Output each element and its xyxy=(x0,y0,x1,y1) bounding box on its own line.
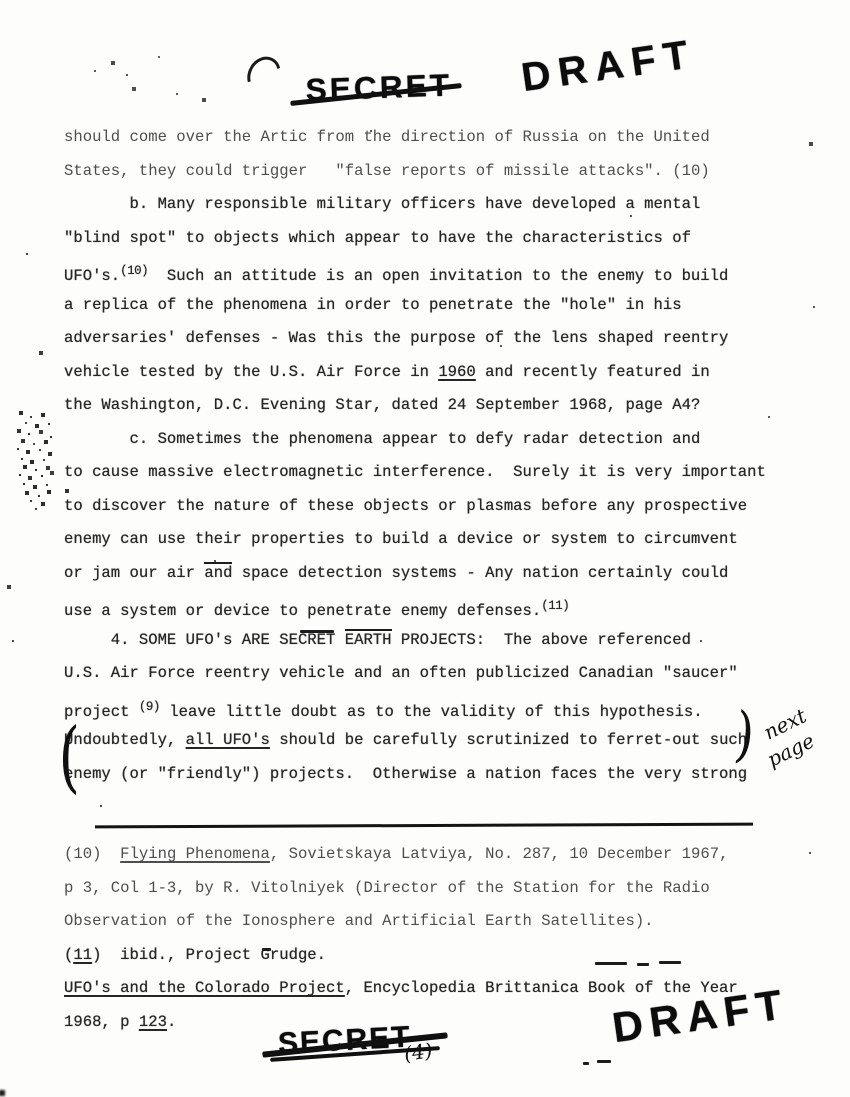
typed-segment: a replica of the phenomena in order to p… xyxy=(64,296,682,314)
typed-line: (11) ibid., Project Grudge. xyxy=(64,939,738,973)
typed-segment: b. Many responsible military officers ha… xyxy=(64,195,700,213)
typed-segment: Undoubtedly, xyxy=(64,731,186,749)
typed-segment: or jam our air xyxy=(64,564,204,582)
typed-segment: to cause massive electromagnetic interfe… xyxy=(64,463,766,481)
typed-segment: enemy (or "friendly") projects. Otherwis… xyxy=(64,765,747,783)
typed-segment: 4. SOME UFO's ARE SECRET xyxy=(64,631,345,649)
typed-line: should come over the Artic from the dire… xyxy=(64,121,766,155)
typed-segment: (10) xyxy=(64,845,120,863)
typed-line: U.S. Air Force reentry vehicle and an of… xyxy=(64,657,766,691)
typed-segment: 11 xyxy=(73,946,92,964)
scan-speckles xyxy=(0,0,2,2)
typed-line: p 3, Col 1-3, by R. Vitolniyek (Director… xyxy=(64,872,738,906)
typed-segment: 1968, p xyxy=(64,1013,139,1031)
typed-line: project (9) leave little doubt as to the… xyxy=(64,691,766,725)
typed-line: UFO's.(10) Such an attitude is an open i… xyxy=(64,255,766,289)
typed-line: Undoubtedly, all UFO's should be careful… xyxy=(64,724,766,758)
typed-segment: and xyxy=(204,562,232,582)
typed-segment: vehicle tested by the U.S. Air Force in xyxy=(64,363,438,381)
typed-segment: PROJECTS: The above referenced xyxy=(392,631,691,649)
typed-segment: enemy can use their properties to build … xyxy=(64,530,738,548)
typed-line: to discover the nature of these objects … xyxy=(64,490,766,524)
typed-line: the Washington, D.C. Evening Star, dated… xyxy=(64,389,766,423)
draft-stamp-top: DRAFT xyxy=(519,32,699,101)
typed-segment: ( xyxy=(64,946,73,964)
footnote-rule xyxy=(95,823,753,829)
typed-segment: to discover the nature of these objects … xyxy=(64,497,747,515)
typed-line: adversaries' defenses - Was this the pur… xyxy=(64,322,766,356)
typed-line: a replica of the phenomena in order to p… xyxy=(64,289,766,323)
typed-segment: Flying Phenomena xyxy=(120,845,270,863)
typed-segment: (9) xyxy=(139,700,160,714)
document-page: SECRET DRAFT should come over the Artic … xyxy=(0,0,850,1097)
handwritten-page-number: (4) xyxy=(402,1038,433,1066)
typed-segment: "blind spot" to objects which appear to … xyxy=(64,229,691,247)
typed-line: b. Many responsible military officers ha… xyxy=(64,188,766,222)
typed-segment: (10) xyxy=(120,264,148,278)
body-text-block: should come over the Artic from the dire… xyxy=(64,121,766,791)
typed-segment: 123 xyxy=(139,1013,167,1031)
typed-segment: use a system or device to penetrate enem… xyxy=(64,602,541,620)
typed-line: or jam our air and space detection syste… xyxy=(64,557,766,591)
typed-segment: UFO's and the Colorado Project xyxy=(64,979,345,997)
typed-segment: the Washington, D.C. Evening Star, dated… xyxy=(64,396,700,414)
typed-segment: 1960 xyxy=(438,363,475,381)
typed-segment: should be carefully scrutinized to ferre… xyxy=(270,731,747,749)
typed-segment: p 3, Col 1-3, by R. Vitolniyek (Director… xyxy=(64,879,710,897)
typed-segment: UFO's. xyxy=(64,267,120,285)
typed-segment: c. Sometimes the phenomena appear to def… xyxy=(64,430,700,448)
pen-dash xyxy=(637,963,649,966)
typed-segment: space detection systems - Any nation cer… xyxy=(232,564,728,582)
typed-line: vehicle tested by the U.S. Air Force in … xyxy=(64,356,766,390)
overline-mark xyxy=(300,630,334,633)
typed-segment: U.S. Air Force reentry vehicle and an of… xyxy=(64,664,738,682)
pen-arc-mark xyxy=(241,51,287,100)
typed-segment: (10) xyxy=(672,162,709,180)
typed-segment: ) ibid., Project Grudge. xyxy=(92,946,326,964)
pen-dash xyxy=(262,948,271,951)
typed-segment: Such an attitude is an open invitation t… xyxy=(148,267,728,285)
typed-segment: EARTH xyxy=(345,629,392,649)
typed-line: Observation of the Ionosphere and Artifi… xyxy=(64,905,738,939)
typed-line: States, they could trigger "false report… xyxy=(64,155,766,189)
pen-dash xyxy=(583,1062,589,1065)
pen-dash xyxy=(659,961,681,964)
typed-line: c. Sometimes the phenomena appear to def… xyxy=(64,423,766,457)
typed-segment: adversaries' defenses - Was this the pur… xyxy=(64,329,728,347)
handwritten-open-paren: ( xyxy=(59,712,80,802)
pen-dash xyxy=(595,962,627,965)
typed-segment: (11) xyxy=(541,599,569,613)
typed-line: (10) Flying Phenomena, Sovietskaya Latvi… xyxy=(64,838,738,872)
typed-line: 4. SOME UFO's ARE SECRET EARTH PROJECTS:… xyxy=(64,624,766,658)
typed-segment: leave little doubt as to the validity of… xyxy=(160,703,703,721)
typed-segment: , Sovietskaya Latviya, No. 287, 10 Decem… xyxy=(270,845,729,863)
typed-segment: all UFO's xyxy=(186,731,270,749)
typed-line: to cause massive electromagnetic interfe… xyxy=(64,456,766,490)
typed-segment: Observation of the Ionosphere and Artifi… xyxy=(64,912,654,930)
pen-dash xyxy=(597,1060,611,1063)
typed-line: enemy (or "friendly") projects. Otherwis… xyxy=(64,758,766,792)
typed-segment: should come over the Artic from the dire… xyxy=(64,128,710,146)
typed-segment: States, they could trigger "false report… xyxy=(64,162,672,180)
typed-line: enemy can use their properties to build … xyxy=(64,523,766,557)
typed-line: use a system or device to penetrate enem… xyxy=(64,590,766,624)
typed-segment: . xyxy=(167,1013,176,1031)
typed-segment: and recently featured in xyxy=(476,363,710,381)
typed-line: "blind spot" to objects which appear to … xyxy=(64,222,766,256)
